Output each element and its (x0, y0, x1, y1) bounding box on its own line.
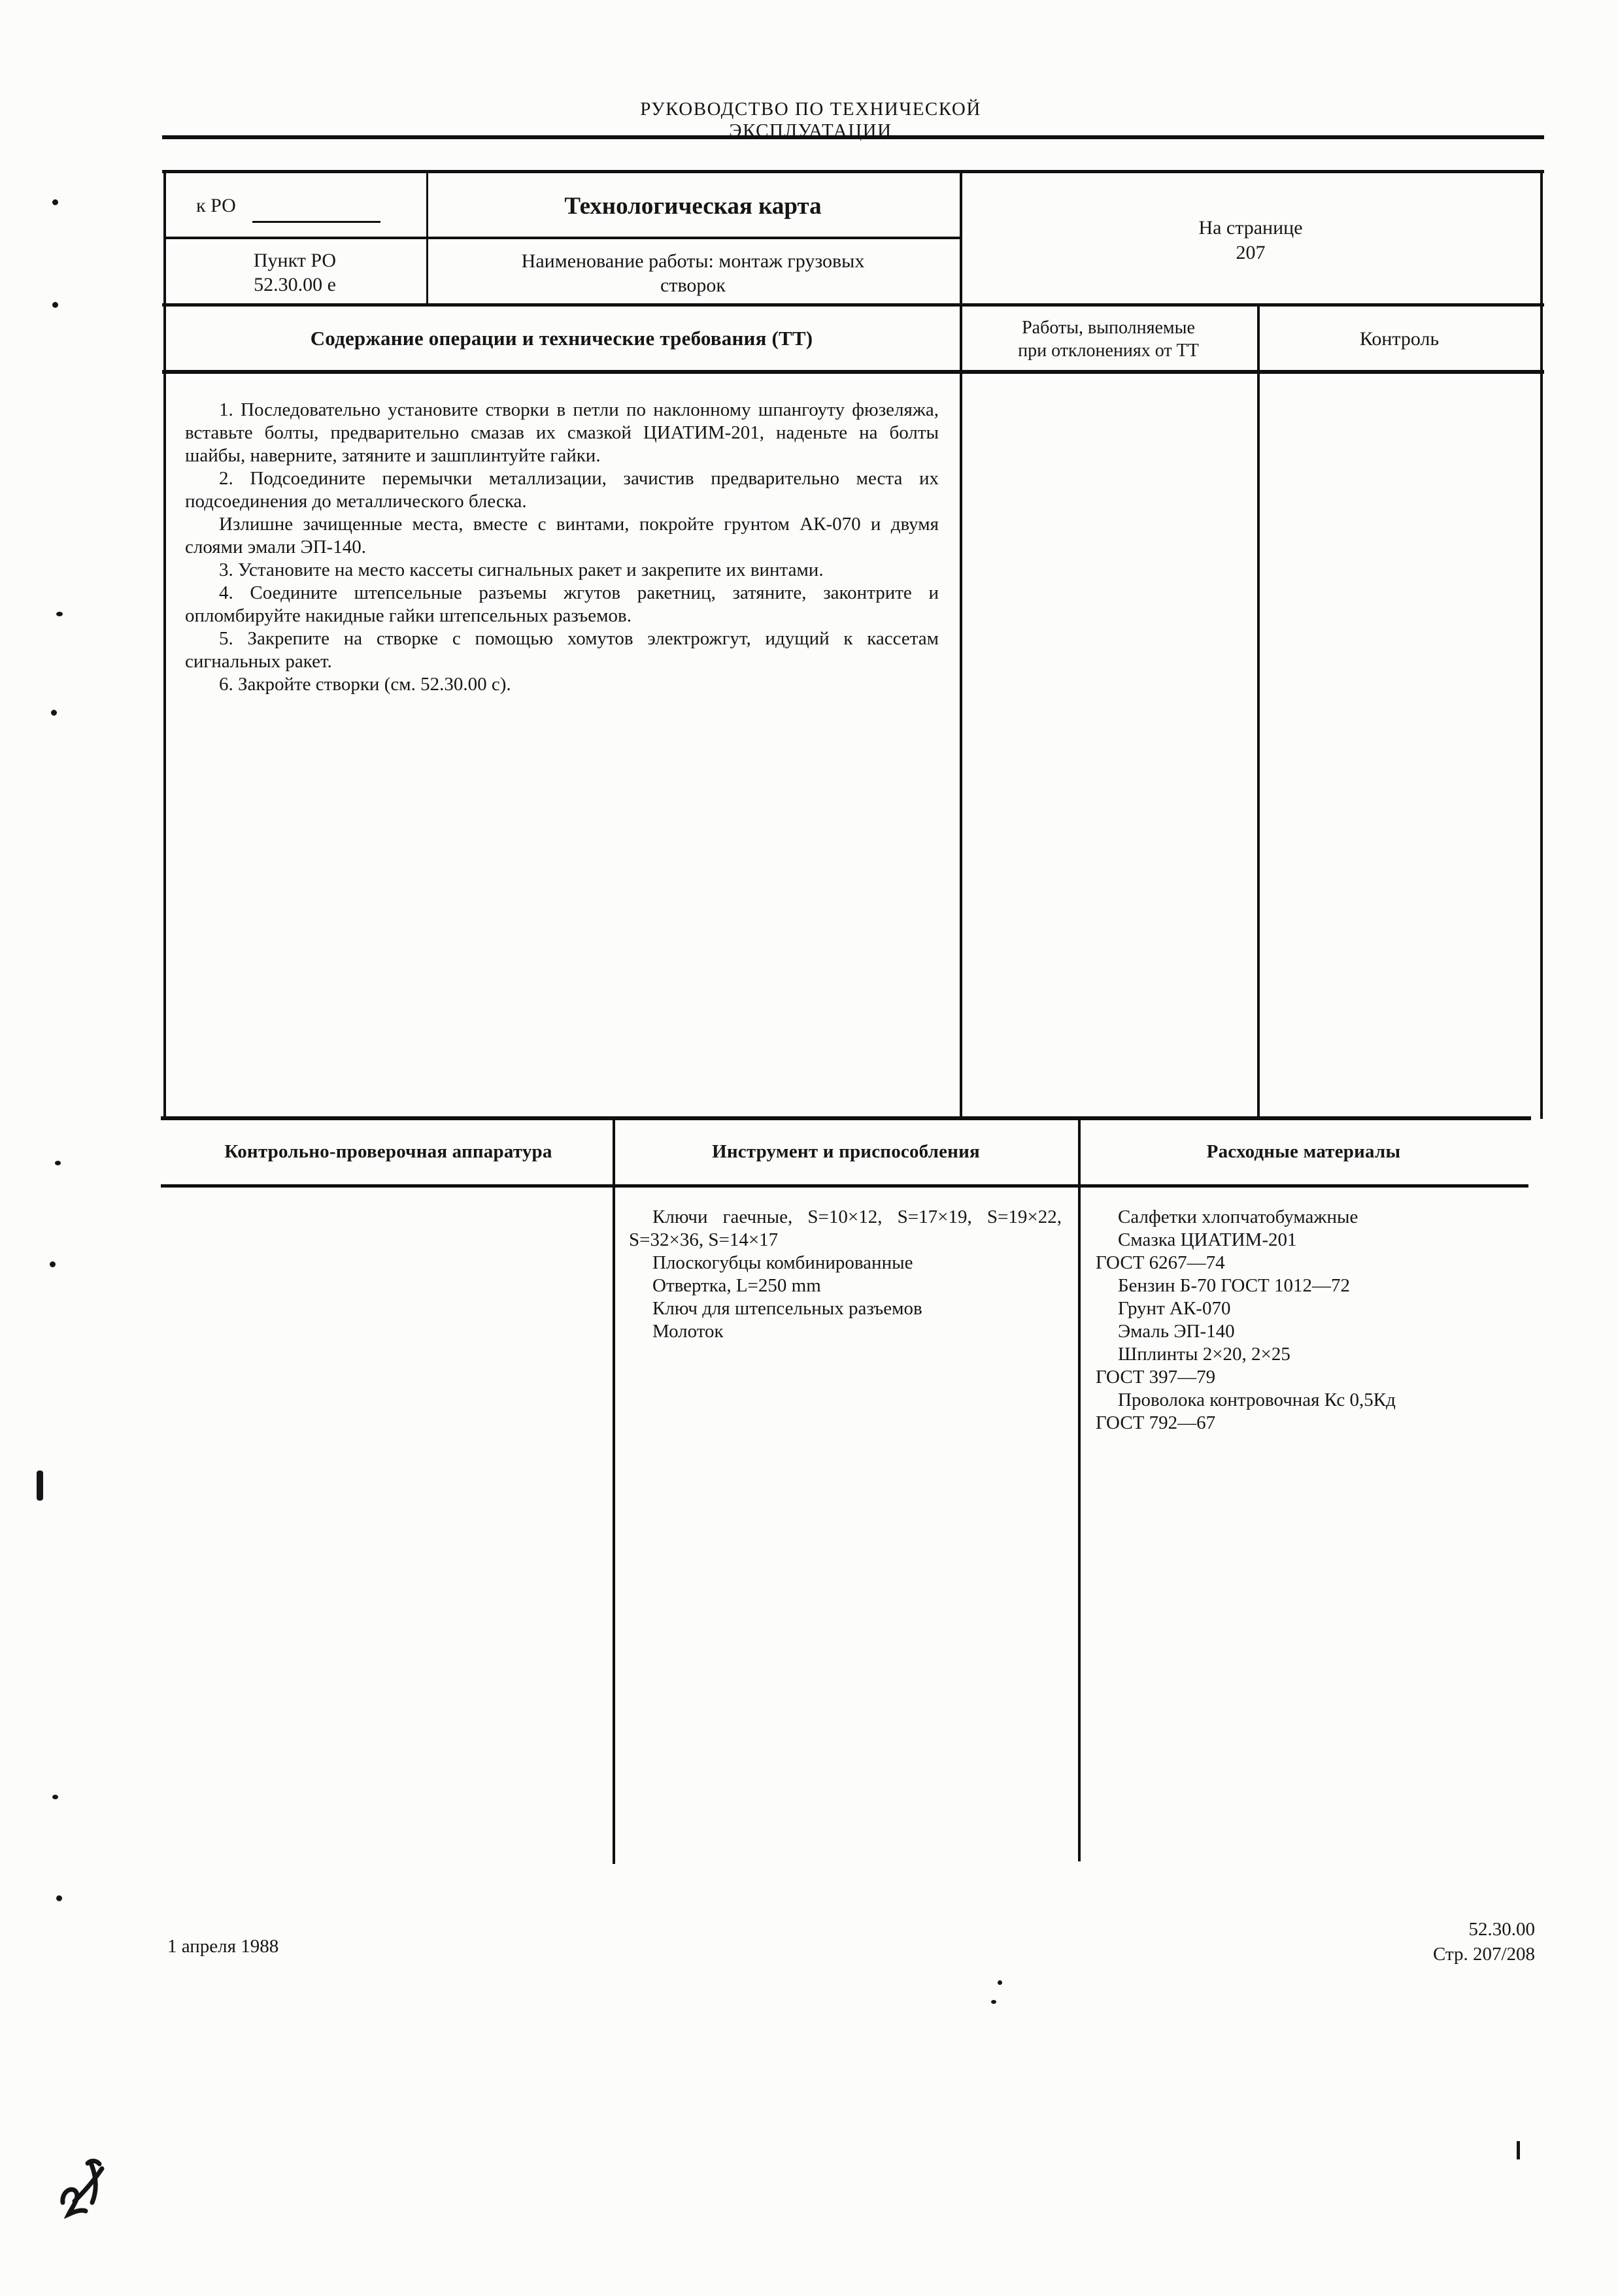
operation-item: 4. Соедините штепсельные разъемы жгутов … (185, 582, 939, 627)
scan-ink-mark (1517, 2141, 1520, 2159)
scan-speck (52, 199, 58, 205)
operation-item: Излишне зачищенные места, вместе с винта… (185, 513, 939, 559)
tool-item: Отвертка, L=250 mm (629, 1274, 1062, 1297)
bottom-col-divider-b (1078, 1119, 1081, 1861)
card-right-border (1540, 170, 1543, 1119)
operations-text: 1. Последовательно установите створки в … (185, 399, 939, 696)
to-ro-blank-underline (252, 221, 380, 223)
content-bottom-border (161, 1116, 1531, 1120)
card-left-border (163, 170, 166, 1119)
material-item: Салфетки хлопчатобумажные (1096, 1206, 1527, 1229)
col-header-operations: Содержание операции и технические требов… (163, 327, 960, 350)
operation-item: 5. Закрепите на створке с помощью хомуто… (185, 627, 939, 673)
scan-speck (51, 710, 57, 716)
tools-list: Ключи гаечные, S=10×12, S=17×19, S=19×22… (629, 1206, 1062, 1343)
tool-item: Ключ для штепсельных разъемов (629, 1297, 1062, 1320)
material-item: Шплинты 2×20, 2×25 (1096, 1343, 1527, 1366)
materials-list: Салфетки хлопчатобумажные Смазка ЦИАТИМ-… (1096, 1206, 1527, 1435)
card-col-divider-b (960, 170, 962, 1119)
scan-speck (52, 302, 58, 308)
scan-speck (991, 2000, 996, 2004)
col-header-control: Контроль (1257, 328, 1542, 350)
material-item: Эмаль ЭП-140 (1096, 1320, 1527, 1343)
scan-speck (998, 1980, 1002, 1985)
scan-speck (55, 1161, 61, 1165)
footer-date: 1 апреля 1988 (167, 1936, 278, 1957)
footer-page-ref: Стр. 207/208 (1242, 1944, 1535, 1965)
handwritten-mark (51, 2155, 123, 2233)
card-row-divider-2 (162, 303, 1544, 307)
operation-item: 1. Последовательно установите створки в … (185, 399, 939, 467)
punkt-ro-cell: Пункт РО 52.30.00 е (163, 248, 426, 297)
operation-item: 6. Закройте створки (см. 52.30.00 с). (185, 673, 939, 696)
tool-item: Молоток (629, 1320, 1062, 1343)
operation-item: 2. Подсоедините перемычки металлизации, … (185, 467, 939, 513)
page-top-rule (162, 135, 1544, 139)
card-col-divider-a (426, 170, 428, 306)
col-header-materials: Расходные материалы (1079, 1141, 1528, 1163)
scan-ink-mark (37, 1471, 43, 1501)
material-item: ГОСТ 6267—74 (1096, 1252, 1527, 1274)
scan-speck (56, 612, 63, 616)
to-ro-label: к РО (196, 195, 236, 217)
operation-item: 3. Установите на место кассеты сигнальны… (185, 559, 939, 582)
scan-speck (52, 1795, 58, 1799)
material-item: Проволока контровочная Кс 0,5Кд (1096, 1389, 1527, 1412)
col-header-tools: Инструмент и приспособления (613, 1141, 1079, 1163)
bottom-table-header-divider (161, 1184, 1528, 1188)
card-row-divider-1 (163, 237, 961, 239)
material-item: Грунт АК-070 (1096, 1297, 1527, 1320)
tool-item: Плоскогубцы комбинированные (629, 1252, 1062, 1274)
material-item: ГОСТ 397—79 (1096, 1366, 1527, 1389)
material-item: Смазка ЦИАТИМ-201 (1096, 1229, 1527, 1252)
on-page-cell: На странице 207 (960, 216, 1542, 265)
scanned-manual-page: РУКОВОДСТВО ПО ТЕХНИЧЕСКОЙ ЭКСПЛУАТАЦИИ … (0, 0, 1618, 2296)
footer-doc-number: 52.30.00 (1242, 1919, 1535, 1940)
tool-item: Ключи гаечные, S=10×12, S=17×19, S=19×22… (629, 1206, 1062, 1252)
material-item: ГОСТ 792—67 (1096, 1412, 1527, 1435)
work-name-cell: Наименование работы: монтаж грузовых ств… (497, 249, 889, 297)
col-header-deviations: Работы, выполняемые при отклонениях от Т… (960, 316, 1257, 362)
material-item: Бензин Б-70 ГОСТ 1012—72 (1096, 1274, 1527, 1297)
card-table-top-border (162, 170, 1544, 173)
scan-speck (56, 1895, 62, 1901)
card-title: Технологическая карта (426, 192, 960, 220)
card-header-bottom-border (162, 370, 1544, 374)
col-header-apparatus: Контрольно-проверочная аппаратура (163, 1141, 613, 1163)
bottom-col-divider-a (613, 1119, 615, 1864)
scan-speck (50, 1261, 56, 1267)
card-col-divider-c (1257, 305, 1260, 1119)
